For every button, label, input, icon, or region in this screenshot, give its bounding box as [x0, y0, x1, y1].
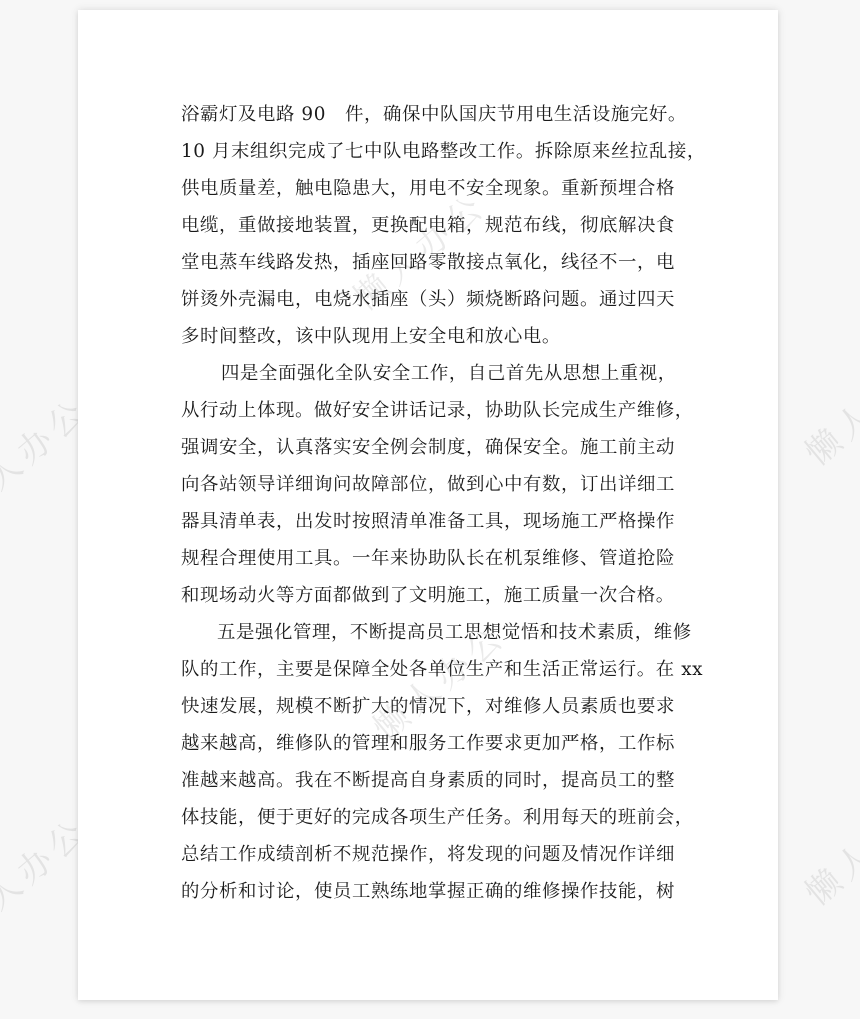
text-line: 10 月末组织完成了七中队电路整改工作。拆除原来丝拉乱接，: [181, 133, 675, 170]
document-viewer: 懒人办公 懒人办公 懒人办公 懒人办公 懒人办公 懒人办公 浴霸灯及电路 90 …: [0, 0, 860, 1019]
text-line: 强调安全，认真落实安全例会制度，确保安全。施工前主动: [181, 429, 675, 466]
text-line: 向各站领导详细询问故障部位，做到心中有数，订出详细工: [181, 466, 675, 503]
document-page: 懒人办公 懒人办公 浴霸灯及电路 90 件，确保中队国庆节用电生活设施完好。 1…: [78, 10, 778, 1000]
text-line: 四是全面强化全队安全工作，自己首先从思想上重视，: [181, 355, 675, 392]
paragraph: 五是强化管理，不断提高员工思想觉悟和技术素质，维修 队的工作，主要是保障全处各单…: [181, 614, 675, 910]
text-line: 器具清单表，出发时按照清单准备工具，现场施工严格操作: [181, 503, 675, 540]
text-line: 越来越高，维修队的管理和服务工作要求更加严格，工作标: [181, 725, 675, 762]
text-line: 总结工作成绩剖析不规范操作，将发现的问题及情况作详细: [181, 836, 675, 873]
text-line: 堂电蒸车线路发热，插座回路零散接点氧化，线径不一，电: [181, 244, 675, 281]
watermark: 懒人办公: [793, 774, 860, 914]
paragraph: 浴霸灯及电路 90 件，确保中队国庆节用电生活设施完好。 10 月末组织完成了七…: [181, 96, 675, 355]
text-line: 浴霸灯及电路 90 件，确保中队国庆节用电生活设施完好。: [181, 96, 675, 133]
text-line: 供电质量差，触电隐患大，用电不安全现象。重新预埋合格: [181, 170, 675, 207]
watermark: 懒人办公: [793, 334, 860, 474]
text-line: 快速发展，规模不断扩大的情况下，对维修人员素质也要求: [181, 688, 675, 725]
text-line: 队的工作，主要是保障全处各单位生产和生活正常运行。在 xx: [181, 651, 675, 688]
text-line: 和现场动火等方面都做到了文明施工，施工质量一次合格。: [181, 577, 675, 614]
text-line: 饼烫外壳漏电，电烧水插座（头）频烧断路问题。通过四天: [181, 281, 675, 318]
text-line: 的分析和讨论，使员工熟练地掌握正确的维修操作技能，树: [181, 873, 675, 910]
text-line: 规程合理使用工具。一年来协助队长在机泵维修、管道抢险: [181, 540, 675, 577]
text-line: 准越来越高。我在不断提高自身素质的同时，提高员工的整: [181, 762, 675, 799]
text-line: 多时间整改，该中队现用上安全电和放心电。: [181, 318, 675, 355]
text-line: 体技能，便于更好的完成各项生产任务。利用每天的班前会，: [181, 799, 675, 836]
text-line: 电缆，重做接地装置，更换配电箱，规范布线，彻底解决食: [181, 207, 675, 244]
paragraph: 四是全面强化全队安全工作，自己首先从思想上重视， 从行动上体现。做好安全讲话记录…: [181, 355, 675, 614]
text-line: 五是强化管理，不断提高员工思想觉悟和技术素质，维修: [181, 614, 675, 651]
document-body: 浴霸灯及电路 90 件，确保中队国庆节用电生活设施完好。 10 月末组织完成了七…: [181, 96, 675, 910]
text-line: 从行动上体现。做好安全讲话记录，协助队长完成生产维修，: [181, 392, 675, 429]
